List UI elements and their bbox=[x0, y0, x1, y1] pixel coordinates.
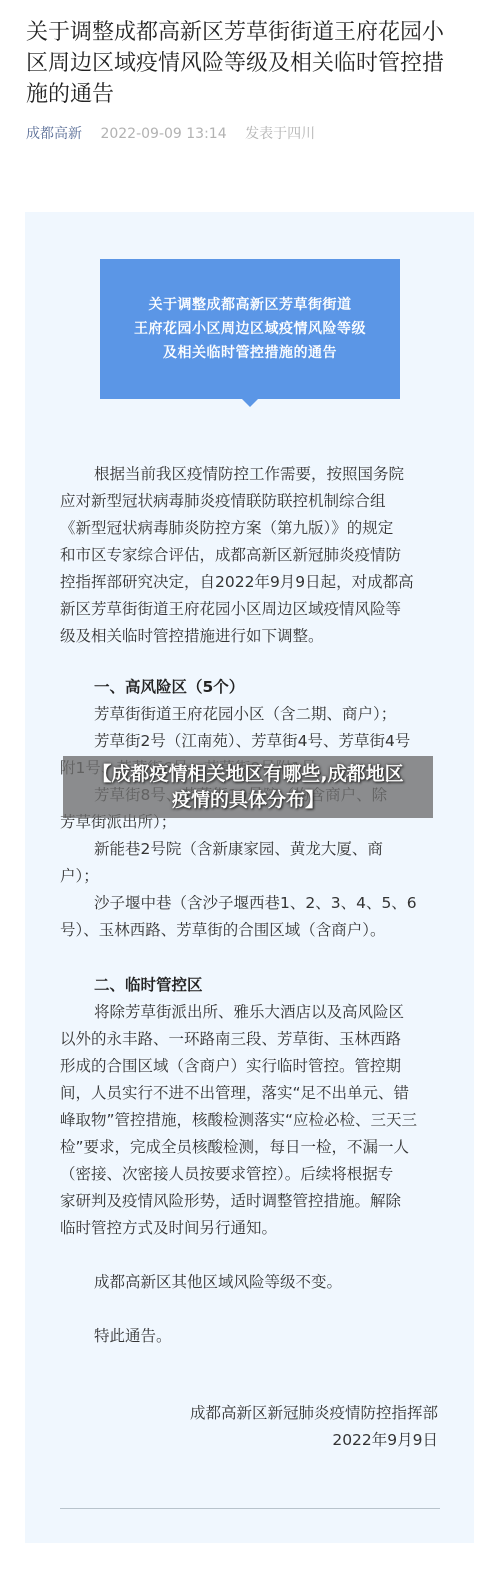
author-link[interactable]: 成都高新 bbox=[26, 126, 82, 142]
intro-line: 应对新型冠状病毒肺炎疫情联防联控机制综合组 bbox=[60, 488, 440, 515]
title-line: 区周边区域疫情风险等级及相关临时管控措 bbox=[26, 48, 476, 79]
banner-line: 及相关临时管控措施的通告 bbox=[163, 341, 337, 365]
control-line: 峰取物”管控措施，核酸检测落实“应检必检、三天三 bbox=[60, 1107, 440, 1134]
section-heading: 二、临时管控区 bbox=[60, 972, 440, 999]
intro-line: 《新型冠状病毒肺炎防控方案（第九版）》的规定 bbox=[60, 515, 440, 542]
publish-location: 发表于四川 bbox=[245, 126, 315, 142]
title-line: 关于调整成都高新区芳草街街道王府花园小 bbox=[26, 17, 476, 48]
control-line: 间，人员实行不进不出管理，落实“足不出单元、错 bbox=[60, 1080, 440, 1107]
intro-line: 控指挥部研究决定，自2022年9月9日起，对成都高 bbox=[60, 569, 440, 596]
notice-banner: 关于调整成都高新区芳草街街道 王府花园小区周边区域疫情风险等级 及相关临时管控措… bbox=[100, 259, 400, 399]
signature-block: 成都高新区新冠肺炎疫情防控指挥部 2022年9月9日 bbox=[58, 1400, 438, 1454]
byline: 成都高新 2022-09-09 13:14 发表于四川 bbox=[26, 124, 315, 144]
area-line: 户）； bbox=[60, 863, 440, 890]
overlay-line: 【成都疫情相关地区有哪些,成都地区 bbox=[92, 761, 403, 787]
intro-line: 新区芳草街街道王府花园小区周边区域疫情风险等 bbox=[60, 596, 440, 623]
banner-line: 关于调整成都高新区芳草街街道 bbox=[149, 293, 352, 317]
intro-line: 级及相关临时管控措施进行如下调整。 bbox=[60, 623, 440, 650]
area-line: 新能巷2号院（含新康家园、黄龙大厦、商 bbox=[60, 836, 440, 863]
title-line: 施的通告 bbox=[26, 79, 476, 110]
intro-line: 根据当前我区疫情防控工作需要，按照国务院 bbox=[60, 461, 440, 488]
divider bbox=[60, 1508, 440, 1509]
caption-overlay: 【成都疫情相关地区有哪些,成都地区 疫情的具体分布】 bbox=[63, 756, 433, 818]
control-line: 形成的合围区域（含商户）实行临时管控。管控期 bbox=[60, 1053, 440, 1080]
overlay-line: 疫情的具体分布】 bbox=[172, 787, 324, 813]
banner-pointer-icon bbox=[242, 399, 258, 407]
control-line: 以外的永丰路、一环路南三段、芳草街、玉林西路 bbox=[60, 1026, 440, 1053]
area-line: 号）、玉林西路、芳草街的合围区域（含商户）。 bbox=[60, 917, 440, 944]
publish-date: 2022-09-09 13:14 bbox=[100, 126, 226, 142]
closing-text: 特此通告。 bbox=[60, 1323, 440, 1350]
other-areas-note: 成都高新区其他区域风险等级不变。 bbox=[60, 1269, 440, 1296]
area-line: 芳草街2号（江南苑）、芳草街4号、芳草街4号 bbox=[60, 728, 440, 755]
control-line: （密接、次密接人员按要求管控）。后续将根据专 bbox=[60, 1161, 440, 1188]
signature-org: 成都高新区新冠肺炎疫情防控指挥部 bbox=[58, 1400, 438, 1427]
banner-line: 王府花园小区周边区域疫情风险等级 bbox=[134, 317, 366, 341]
control-line: 将除芳草街派出所、雅乐大酒店以及高风险区 bbox=[60, 999, 440, 1026]
intro-paragraph: 根据当前我区疫情防控工作需要，按照国务院 应对新型冠状病毒肺炎疫情联防联控机制综… bbox=[60, 461, 440, 650]
signature-date: 2022年9月9日 bbox=[58, 1427, 438, 1454]
area-line: 沙子堰中巷（含沙子堰西巷1、2、3、4、5、6 bbox=[60, 890, 440, 917]
intro-line: 和市区专家综合评估，成都高新区新冠肺炎疫情防 bbox=[60, 542, 440, 569]
article-title: 关于调整成都高新区芳草街街道王府花园小 区周边区域疫情风险等级及相关临时管控措 … bbox=[26, 17, 476, 110]
control-line: 家研判及疫情风险形势，适时调整管控措施。解除 bbox=[60, 1188, 440, 1215]
control-line: 临时管控方式及时间另行通知。 bbox=[60, 1215, 440, 1242]
other-areas-text: 成都高新区其他区域风险等级不变。 bbox=[60, 1269, 440, 1296]
control-line: 检”要求，完成全员核酸检测，每日一检，不漏一人 bbox=[60, 1134, 440, 1161]
section-temporary-control: 二、临时管控区 将除芳草街派出所、雅乐大酒店以及高风险区 以外的永丰路、一环路南… bbox=[60, 972, 440, 1242]
section-heading: 一、高风险区（5个） bbox=[60, 674, 440, 701]
closing-note: 特此通告。 bbox=[60, 1323, 440, 1350]
area-line: 芳草街街道王府花园小区（含二期、商户）； bbox=[60, 701, 440, 728]
